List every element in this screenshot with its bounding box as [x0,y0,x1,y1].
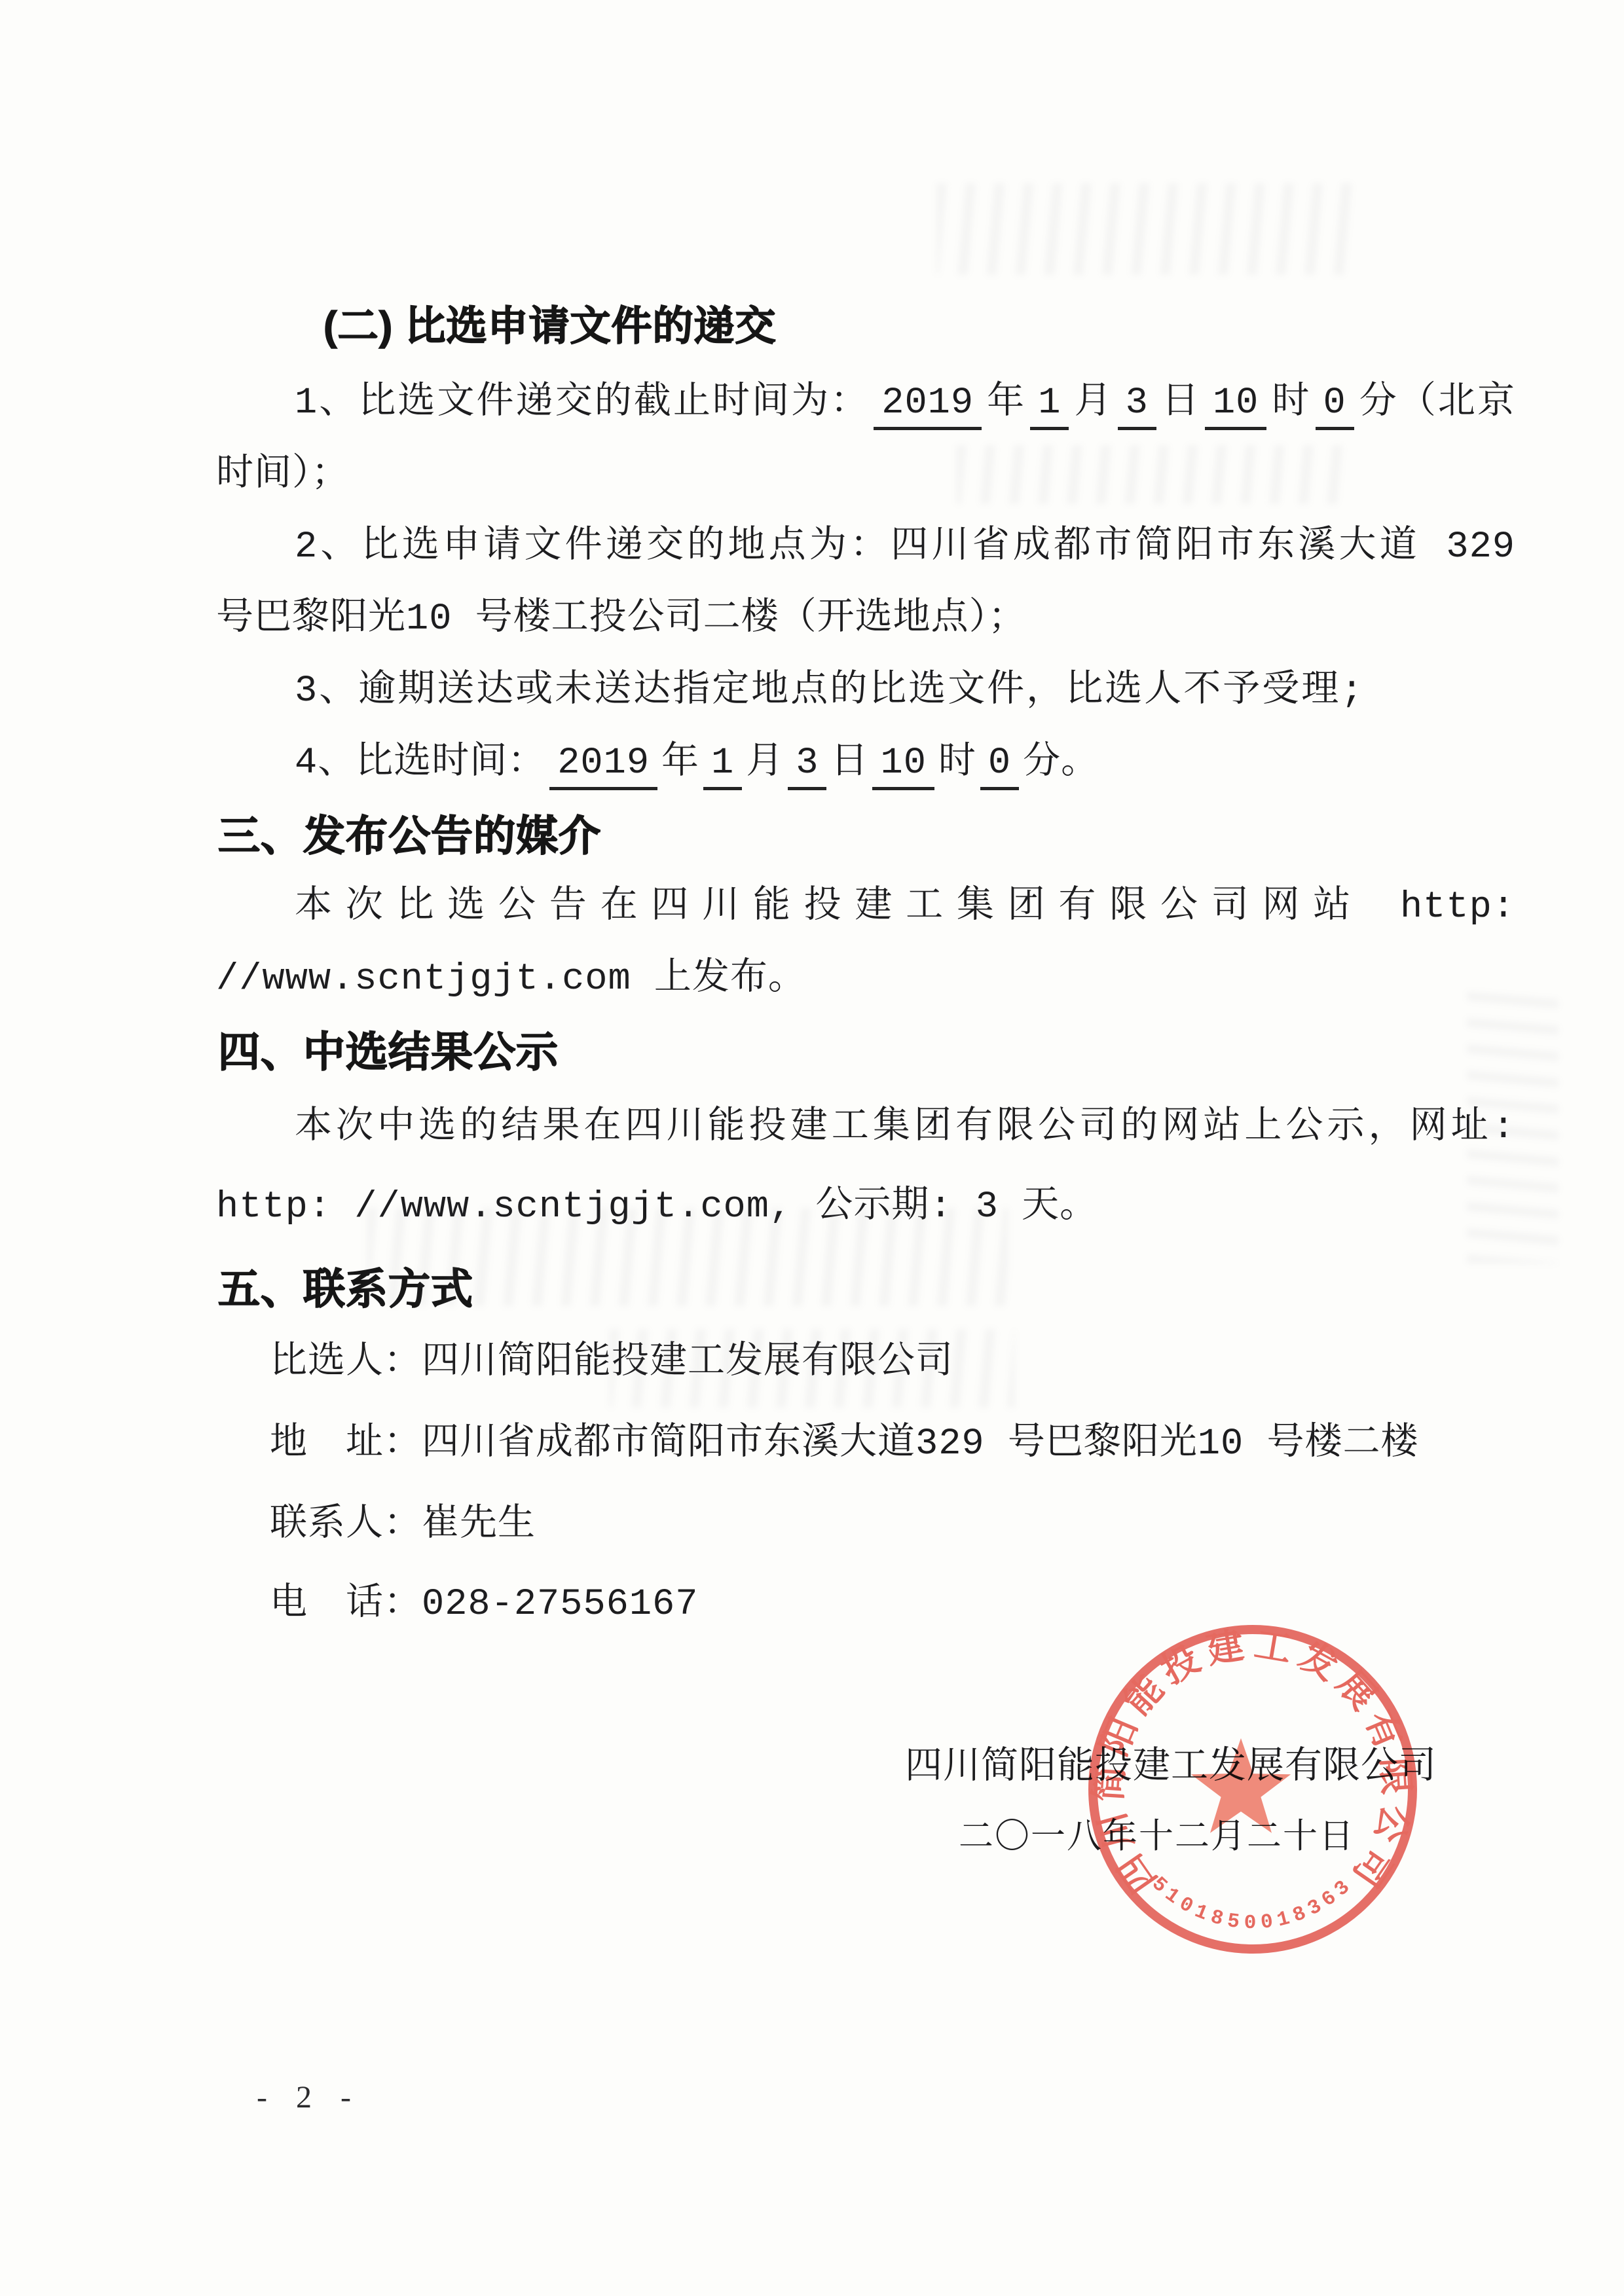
item4-prefix: 4、比选时间： [295,742,545,784]
scan-bleed-smudge [367,1208,1008,1306]
subsection-heading: (二) 比选申请文件的递交 [323,302,777,351]
section3-line1: 本次比选公告在四川能投建工集团有限公司网站 http: [216,884,1515,931]
day-unit: 日 [830,742,868,784]
deadline-year-value: 2019 [874,385,982,430]
contact-label: 电 话： [270,1584,422,1626]
contact-label: 联系人： [270,1504,422,1546]
selection-hour-value: 10 [872,745,934,790]
year-unit: 年 [986,382,1026,424]
contact-label: 比选人： [270,1342,422,1384]
hour-unit: 时 [938,742,976,784]
selection-day-value: 3 [788,745,826,790]
contact-row-person: 联系人：崔先生 [270,1503,1490,1549]
seal-star [1191,1738,1291,1833]
minute-unit: 分（北京 [1358,382,1515,424]
selection-month-value: 1 [703,745,742,790]
company-seal: 四川简阳能投建工发展有限公司 5101850018363 [1082,1619,1423,1959]
deadline-month-value: 1 [1030,385,1069,430]
year-unit: 年 [661,742,699,784]
hour-unit: 时 [1270,382,1311,424]
month-unit: 月 [746,742,784,784]
section4-line1: 本次中选的结果在四川能投建工集团有限公司的网站上公示，网址: [216,1105,1515,1152]
item4-line: 4、比选时间：2019年1月3日10时0分。 [216,740,1515,790]
contact-label: 地 址： [270,1423,422,1465]
item1-prefix: 1、比选文件递交的截止时间为： [295,382,870,424]
contact-value: 四川省成都市简阳市东溪大道329 号巴黎阳光10 号楼二楼 [422,1423,1418,1465]
seal-ring-text: 四川简阳能投建工发展有限公司 [1087,1623,1418,1901]
scan-bleed-smudge [609,1329,1015,1408]
contact-value: 崔先生 [422,1504,536,1546]
minute-unit: 分。 [1023,742,1099,784]
deadline-hour-value: 10 [1205,385,1266,430]
scan-bleed-smudge [1467,982,1559,1264]
seal-code-number: 5101850018363 [1147,1872,1358,1935]
contact-row-address: 地 址：四川省成都市简阳市东溪大道329 号巴黎阳光10 号楼二楼 [270,1421,1490,1468]
item1-line1: 1、比选文件递交的截止时间为：2019年1月3日10时0分（北京 [216,380,1515,430]
selection-year-value: 2019 [549,745,657,790]
day-unit: 日 [1160,382,1201,424]
deadline-day-value: 3 [1118,385,1156,430]
item3-line: 3、逾期送达或未送达指定地点的比选文件，比选人不予受理; [216,668,1515,715]
month-unit: 月 [1073,382,1113,424]
selection-minute-value: 0 [980,745,1019,790]
contact-value: 028-27556167 [422,1584,698,1626]
item2-line1: 2、比选申请文件递交的地点为：四川省成都市简阳市东溪大道 329 [216,524,1515,571]
scan-bleed-smudge [956,445,1349,504]
section3-heading: 三、发布公告的媒介 [218,811,601,862]
deadline-minute-value: 0 [1316,385,1354,430]
section4-heading: 四、中选结果公示 [218,1027,559,1078]
page-number: - 2 - [257,2079,361,2115]
section3-line2: //www.scntjgjt.com 上发布。 [216,957,1437,1003]
item2-line2: 号巴黎阳光10 号楼工投公司二楼（开选地点）； [216,596,1437,643]
scan-bleed-smudge [936,183,1356,275]
scanned-document-page: (二) 比选申请文件的递交 1、比选文件递交的截止时间为：2019年1月3日10… [0,0,1624,2296]
